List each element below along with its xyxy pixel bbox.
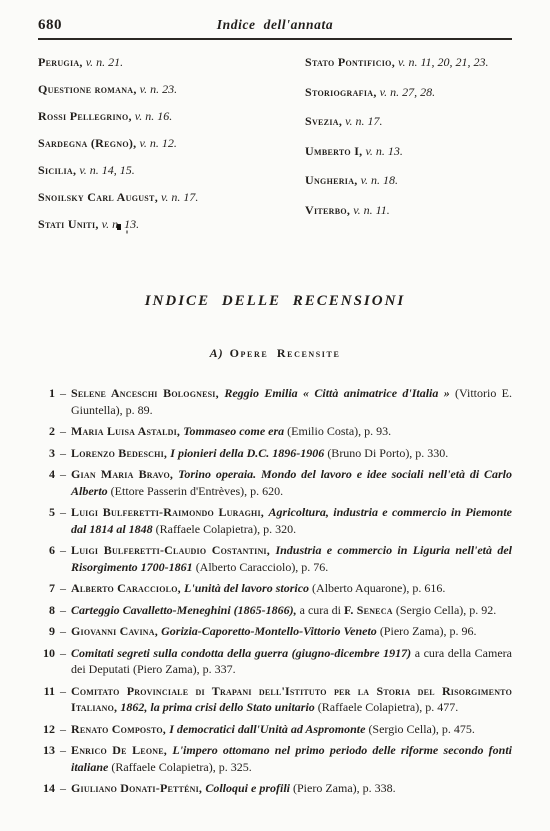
entry-segment: (Piero Zama), p. 96. [380,624,477,638]
index-refs: v. n. 21. [83,55,123,69]
entry-number: 7 [38,580,55,597]
entry-segment: (Ettore Passerin d'Entrèves), p. 620. [111,484,283,498]
entry-segment: (Raffaele Colapietra), p. 320. [156,522,296,536]
entry-number: 9 [38,623,55,640]
index-entry: Snoilsky Carl August, v. n. 17. [38,191,275,204]
review-entry: 1–Selene Anceschi Bolognesi, Reggio Emil… [38,385,512,418]
entry-number: 11 [38,683,55,716]
section-subtitle: A)Opere Recensite [38,346,512,361]
entry-dash: – [55,504,71,537]
index-term: Storiografia, [305,85,377,99]
entry-segment: Renato Composto, [71,722,169,736]
entry-segment: F. Seneca [344,603,396,617]
entry-segment: (Emilio Costa), p. 93. [287,424,391,438]
review-entry: 2–Maria Luisa Astaldi, Tommaseo come era… [38,423,512,440]
entry-dash: – [55,602,71,619]
review-entries-list: 1–Selene Anceschi Bolognesi, Reggio Emil… [38,385,512,797]
entry-dash: – [55,542,71,575]
entry-dash: – [55,645,71,678]
entry-number: 4 [38,466,55,499]
entry-segment: (Raffaele Colapietra), p. 325. [111,760,251,774]
review-entry: 12–Renato Composto, I democratici dall'U… [38,721,512,738]
entry-segment: Tommaseo come era [183,424,287,438]
page-header: 680 Indice dell'annata [38,14,512,38]
entry-number: 3 [38,445,55,462]
entry-text: Alberto Caracciolo, L'unità del lavoro s… [71,580,512,597]
review-entry: 6–Luigi Bulferetti-Claudio Costantini, I… [38,542,512,575]
entry-number: 13 [38,742,55,775]
review-entry: 7–Alberto Caracciolo, L'unità del lavoro… [38,580,512,597]
subtitle-letter: A) [210,346,224,360]
review-entry: 13–Enrico De Leone, L'impero ottomano ne… [38,742,512,775]
review-entry: 11–Comitato Provinciale di Trapani dell'… [38,683,512,716]
entry-segment: Gian Maria Bravo, [71,467,178,481]
entry-segment: I democratici dall'Unità ad Aspromonte [169,722,368,736]
entry-segment: Luigi Bulferetti-Claudio Costantini, [71,543,275,557]
section-title: INDICE DELLE RECENSIONI [38,293,512,310]
index-entry: Stati Uniti, v. n. 13. [38,218,275,231]
index-entry: Stato Pontificio, v. n. 11, 20, 21, 23. [305,56,512,69]
entry-text: Luigi Bulferetti-Raimondo Luraghi, Agric… [71,504,512,537]
index-entry: Viterbo, v. n. 11. [305,204,512,217]
entry-dash: – [55,683,71,716]
book-page: 680 Indice dell'annata Perugia, v. n. 21… [0,0,550,831]
entry-text: Lorenzo Bedeschi, I pionieri della D.C. … [71,445,512,462]
entry-text: Giovanni Cavina, Gorizia-Caporetto-Monte… [71,623,512,640]
entry-text: Carteggio Cavalletto-Meneghini (1865-186… [71,602,512,619]
index-refs: v. n. 17. [342,114,382,128]
entry-number: 5 [38,504,55,537]
index-refs: v. n. 12. [136,136,176,150]
review-entry: 10–Comitati segreti sulla condotta della… [38,645,512,678]
entry-segment: (Bruno Di Porto), p. 330. [327,446,448,460]
entry-number: 2 [38,423,55,440]
entry-segment: Alberto Caracciolo, [71,581,184,595]
index-term: Stato Pontificio, [305,55,395,69]
index-refs: v. n. 17. [158,190,198,204]
index-entry: Rossi Pellegrino, v. n. 16. [38,110,275,123]
entry-segment: Carteggio Cavalletto-Meneghini (1865-186… [71,603,300,617]
entry-segment: (Piero Zama), p. 338. [293,781,396,795]
entry-segment: (Sergio Cella), p. 475. [368,722,474,736]
entry-number: 8 [38,602,55,619]
entry-segment: Comitati segreti sulla condotta della gu… [71,646,415,660]
entry-text: Enrico De Leone, L'impero ottomano nel p… [71,742,512,775]
entry-segment: Colloqui e profili [205,781,293,795]
index-term: Viterbo, [305,203,350,217]
index-refs: v. n. 16. [132,109,172,123]
review-entry: 8–Carteggio Cavalletto-Meneghini (1865-1… [38,602,512,619]
entry-segment: Luigi Bulferetti-Raimondo Luraghi, [71,505,269,519]
review-entry: 14–Giuliano Donati-Petténi, Colloqui e p… [38,780,512,797]
review-entry: 3–Lorenzo Bedeschi, I pionieri della D.C… [38,445,512,462]
entry-segment: Giovanni Cavina, [71,624,161,638]
index-refs: v. n. 13. [362,144,402,158]
entry-dash: – [55,423,71,440]
subtitle-text: Opere Recensite [230,346,341,360]
review-entry: 9–Giovanni Cavina, Gorizia-Caporetto-Mon… [38,623,512,640]
index-term: Perugia, [38,55,83,69]
index-term: Svezia, [305,114,342,128]
index-entry: Svezia, v. n. 17. [305,115,512,128]
index-term: Stati Uniti, [38,217,99,231]
index-refs: v. n. 27, 28. [377,85,435,99]
entry-segment: I pionieri della D.C. 1896-1906 [170,446,327,460]
header-rule [38,38,512,40]
index-term: Umberto I, [305,144,362,158]
entry-segment: Maria Luisa Astaldi, [71,424,183,438]
entry-dash: – [55,466,71,499]
index-entry: Storiografia, v. n. 27, 28. [305,86,512,99]
entry-segment: 1862, la prima crisi dello Stato unitari… [120,700,317,714]
entry-dash: – [55,580,71,597]
entry-number: 14 [38,780,55,797]
index-term: Snoilsky Carl August, [38,190,158,204]
entry-text: Selene Anceschi Bolognesi, Reggio Emilia… [71,385,512,418]
entry-text: Maria Luisa Astaldi, Tommaseo come era (… [71,423,512,440]
entry-segment: Reggio Emilia « Città animatrice d'Itali… [224,386,455,400]
entry-segment: (Alberto Caracciolo), p. 76. [196,560,329,574]
review-entry: 5–Luigi Bulferetti-Raimondo Luraghi, Agr… [38,504,512,537]
index-term: Sicilia, [38,163,76,177]
entry-segment: Giuliano Donati-Petténi, [71,781,205,795]
index-term: Ungheria, [305,173,358,187]
ink-smudge-artifact [117,224,121,230]
index-term: Questione romana, [38,82,137,96]
review-entry: 4–Gian Maria Bravo, Torino operaia. Mond… [38,466,512,499]
page-number: 680 [38,17,62,34]
running-title: Indice dell'annata [38,14,512,33]
entry-text: Giuliano Donati-Petténi, Colloqui e prof… [71,780,512,797]
entry-segment: a cura di [300,603,344,617]
index-term: Sardegna (Regno), [38,136,136,150]
index-refs: v. n. 11. [350,203,390,217]
index-refs: v. n. 18. [358,173,398,187]
entry-text: Comitati segreti sulla condotta della gu… [71,645,512,678]
entry-dash: – [55,385,71,418]
index-entry: Perugia, v. n. 21. [38,56,275,69]
index-refs: v. n. 14, 15. [76,163,134,177]
entry-dash: – [55,742,71,775]
index-entry: Ungheria, v. n. 18. [305,174,512,187]
index-entry: Umberto I, v. n. 13. [305,145,512,158]
entry-segment: Gorizia-Caporetto-Montello-Vittorio Vene… [161,624,380,638]
entry-segment: (Raffaele Colapietra), p. 477. [318,700,458,714]
entry-dash: – [55,780,71,797]
entry-text: Renato Composto, I democratici dall'Unit… [71,721,512,738]
entry-number: 10 [38,645,55,678]
entry-segment: Lorenzo Bedeschi, [71,446,170,460]
index-column-right: Stato Pontificio, v. n. 11, 20, 21, 23.S… [275,56,512,245]
alphabetical-index-section: Perugia, v. n. 21.Questione romana, v. n… [38,56,512,245]
index-entry: Sardegna (Regno), v. n. 12. [38,137,275,150]
entry-dash: – [55,623,71,640]
entry-text: Gian Maria Bravo, Torino operaia. Mondo … [71,466,512,499]
entry-segment: (Alberto Aquarone), p. 616. [312,581,445,595]
entry-segment: Selene Anceschi Bolognesi, [71,386,224,400]
entry-dash: – [55,721,71,738]
entry-segment: (Sergio Cella), p. 92. [396,603,496,617]
entry-dash: – [55,445,71,462]
entry-number: 1 [38,385,55,418]
entry-segment: L'unità del lavoro storico [184,581,312,595]
entry-text: Comitato Provinciale di Trapani dell'Ist… [71,683,512,716]
entry-segment: Enrico De Leone, [71,743,172,757]
index-column-left: Perugia, v. n. 21.Questione romana, v. n… [38,56,275,245]
entry-number: 6 [38,542,55,575]
index-refs: v. n. 23. [137,82,177,96]
entry-number: 12 [38,721,55,738]
index-term: Rossi Pellegrino, [38,109,132,123]
index-entry: Sicilia, v. n. 14, 15. [38,164,275,177]
index-entry: Questione romana, v. n. 23. [38,83,275,96]
entry-text: Luigi Bulferetti-Claudio Costantini, Ind… [71,542,512,575]
index-refs: v. n. 11, 20, 21, 23. [395,55,489,69]
